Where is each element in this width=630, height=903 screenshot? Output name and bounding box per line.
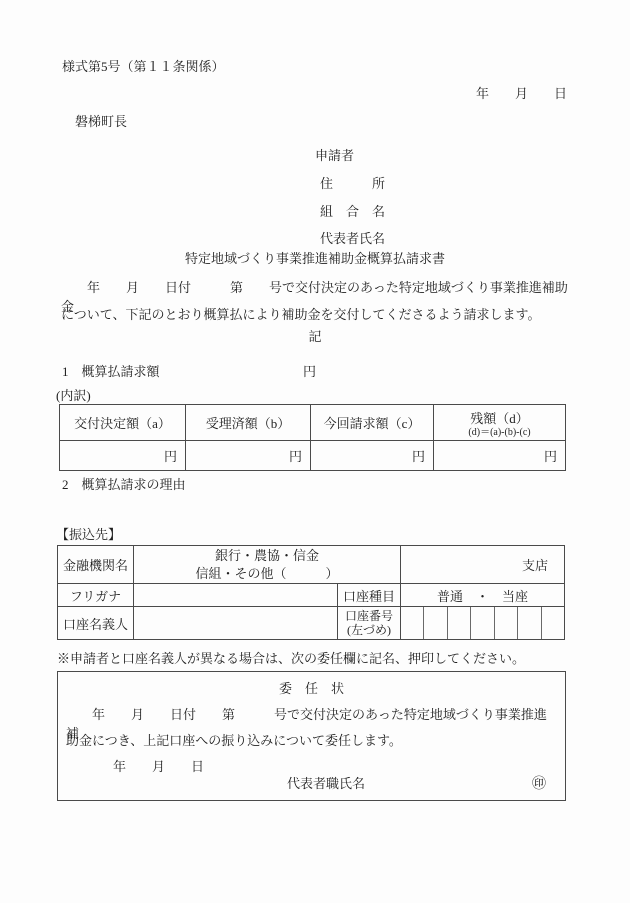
- digit-box: [541, 607, 564, 639]
- digit-box: [470, 607, 493, 639]
- account-number-field: [401, 607, 565, 640]
- requested-amount-cell: 円: [311, 441, 434, 471]
- holder-label: 口座名義人: [58, 607, 134, 640]
- digit-box: [423, 607, 446, 639]
- proxy-statement-box: 委 任 状 年 月 日付 第 号で交付決定のあった特定地域づくり事業推進補 助金…: [57, 671, 566, 801]
- account-number-label: 口座番号 (左づめ): [338, 607, 401, 640]
- breakdown-header-row: 交付決定額（a） 受理済額（b） 今回請求額（c） 残額（d） (d)＝(a)-…: [60, 405, 566, 441]
- breakdown-table: 交付決定額（a） 受理済額（b） 今回請求額（c） 残額（d） (d)＝(a)-…: [59, 404, 566, 471]
- breakdown-label: (内訳): [56, 385, 91, 404]
- section1-unit: 円: [303, 361, 316, 380]
- proxy-body-line2: 助金につき、上記口座への振り込みについて委任します。: [66, 730, 558, 749]
- document-page: 様式第5号（第１１条関係） 年 月 日 磐梯町長 申請者 住 所 組 合 名 代…: [0, 0, 630, 903]
- col-header-received: 受理済額（b）: [186, 405, 311, 441]
- digit-box: [447, 607, 470, 639]
- applicant-rep-label: 代表者氏名: [320, 228, 385, 247]
- section1-heading: 1 概算払請求額: [62, 361, 160, 380]
- furigana-field: [134, 584, 338, 607]
- digit-box: [517, 607, 540, 639]
- date-line: 年 月 日: [476, 83, 567, 102]
- received-amount-cell: 円: [186, 441, 311, 471]
- holder-row: 口座名義人 口座番号 (左づめ): [58, 607, 565, 640]
- holder-field: [134, 607, 338, 640]
- col-header-requested: 今回請求額（c）: [311, 405, 434, 441]
- bank-name-label: 金融機関名: [58, 546, 134, 584]
- proxy-date-line: 年 月 日: [113, 756, 204, 775]
- col-header-balance-title: 残額（d）: [434, 408, 565, 427]
- bank-type-line2: 信組・その他（ ）: [134, 565, 400, 583]
- addressee: 磐梯町長: [75, 111, 127, 130]
- proxy-signer-label: 代表者職氏名: [287, 773, 365, 792]
- col-header-balance-formula: (d)＝(a)-(b)-(c): [434, 427, 565, 438]
- transfer-heading: 【振込先】: [56, 524, 121, 543]
- digit-box: [401, 607, 423, 639]
- applicant-address-label: 住 所: [320, 173, 385, 192]
- section2-heading: 2 概算払請求の理由: [62, 474, 186, 493]
- document-title: 特定地域づくり事業推進補助金概算払請求書: [0, 248, 630, 267]
- account-type-label: 口座種目: [338, 584, 401, 607]
- col-header-decided: 交付決定額（a）: [60, 405, 186, 441]
- form-number: 様式第5号（第１１条関係）: [62, 56, 225, 75]
- applicant-union-label: 組 合 名: [320, 201, 385, 220]
- col-header-balance: 残額（d） (d)＝(a)-(b)-(c): [434, 405, 566, 441]
- branch-field: 支店: [401, 546, 565, 584]
- digit-box: [494, 607, 517, 639]
- furigana-label: フリガナ: [58, 584, 134, 607]
- breakdown-value-row: 円 円 円 円: [60, 441, 566, 471]
- account-number-label-line1: 口座番号: [338, 609, 400, 623]
- decided-amount-cell: 円: [60, 441, 186, 471]
- body-paragraph-line2: について、下記のとおり概算払により補助金を交付してくださるよう請求します。: [61, 304, 573, 323]
- note-text: ※申請者と口座名義人が異なる場合は、次の委任欄に記名、押印してください。: [57, 648, 525, 667]
- bank-type-line1: 銀行・農協・信金: [134, 547, 400, 565]
- balance-amount-cell: 円: [434, 441, 566, 471]
- account-digit-boxes: [401, 607, 564, 639]
- bank-row: 金融機関名 銀行・農協・信金 信組・その他（ ） 支店: [58, 546, 565, 584]
- bank-name-field: 銀行・農協・信金 信組・その他（ ）: [134, 546, 401, 584]
- furigana-row: フリガナ 口座種目 普通 ・ 当座: [58, 584, 565, 607]
- account-type-options: 普通 ・ 当座: [401, 584, 565, 607]
- applicant-label: 申請者: [315, 145, 354, 164]
- ki-marker: 記: [0, 326, 630, 345]
- proxy-title: 委 任 状: [58, 678, 565, 697]
- seal-mark: ㊞: [532, 773, 546, 793]
- account-number-label-line2: (左づめ): [338, 623, 400, 637]
- transfer-table: 金融機関名 銀行・農協・信金 信組・その他（ ） 支店 フリガナ 口座種目 普通…: [57, 545, 565, 640]
